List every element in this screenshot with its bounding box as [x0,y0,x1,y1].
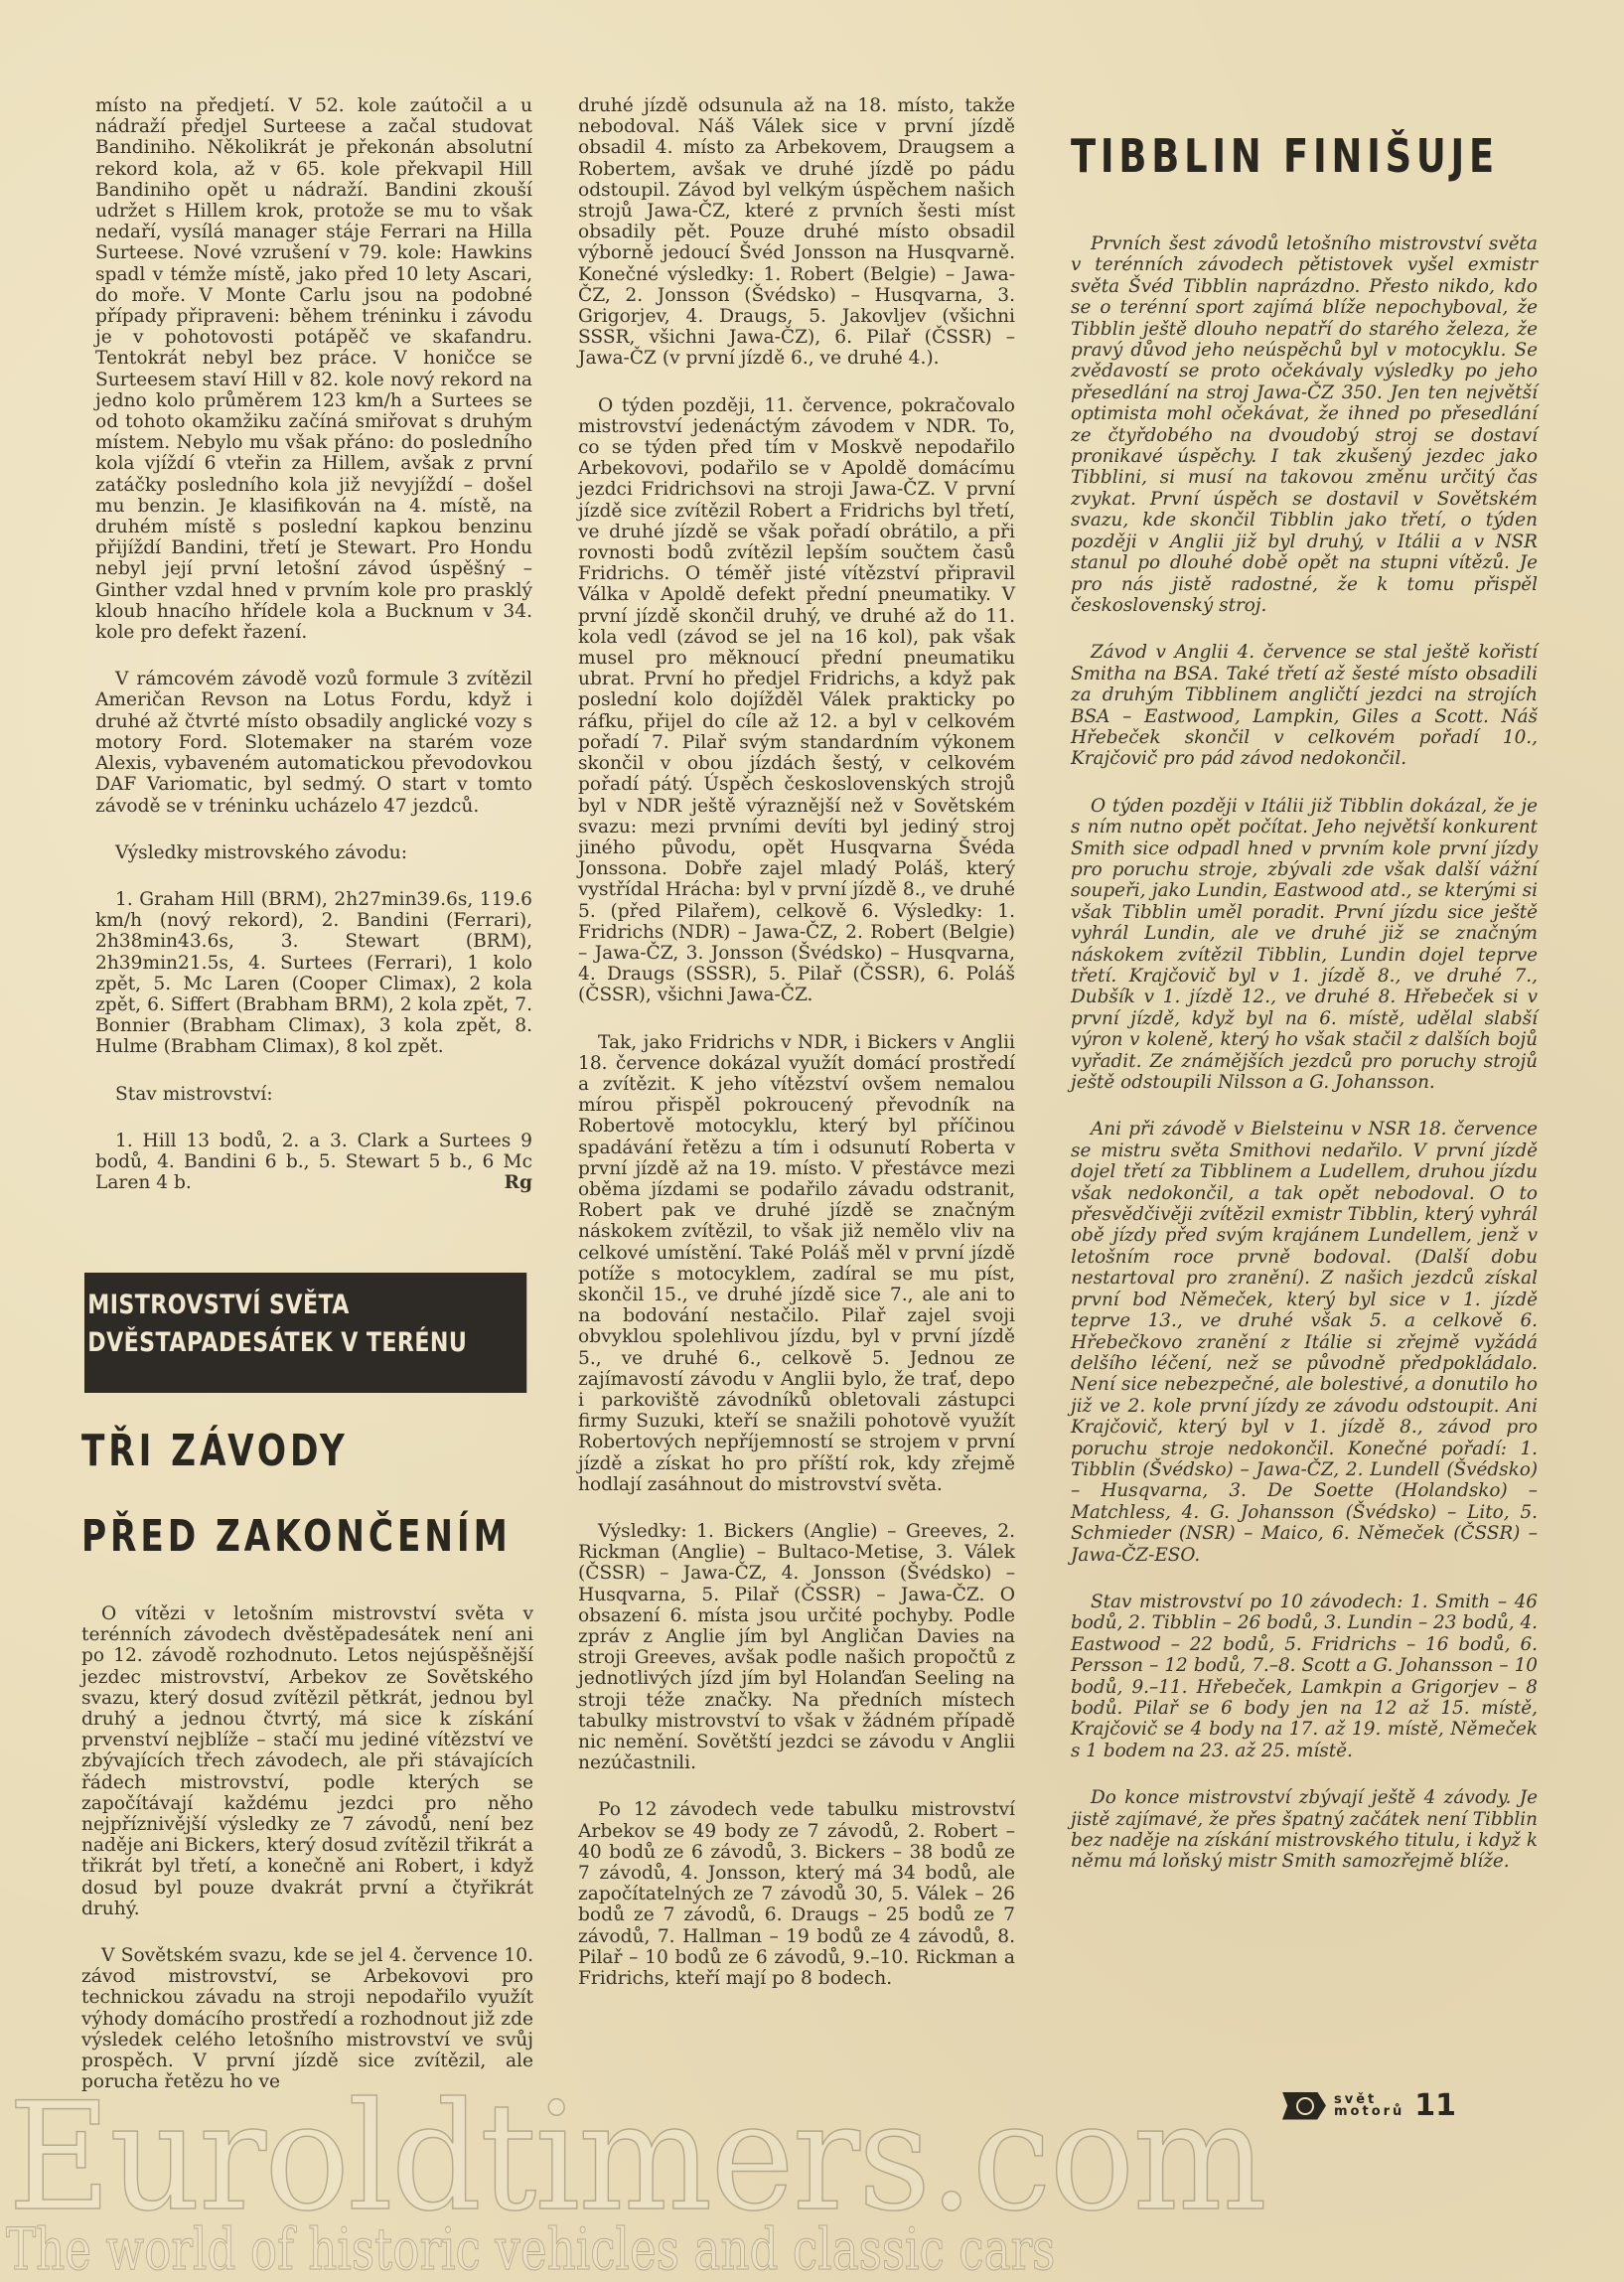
paragraph: V rámcovém závodě vozů formule 3 zvítězi… [95,669,532,816]
page-number: 11 [1414,2088,1456,2123]
magazine-footer: svět motorů 11 [1282,2088,1456,2123]
championship-standings: 1. Hill 13 bodů, 2. a 3. Clark a Surtees… [95,1131,532,1194]
paragraph: Tak, jako Fridrichs v NDR, i Bickers v A… [578,1032,1015,1495]
paragraph: Ani při závodě v Bielsteinu v NSR 18. če… [1071,1119,1538,1566]
standings-text: 1. Hill 13 bodů, 2. a 3. Clark a Surtees… [95,1131,532,1193]
standings-paragraph: Stav mistrovství po 10 závodech: 1. Smit… [1071,1592,1538,1761]
article-right-headline: TIBBLIN FINIŠUJE [1071,129,1499,183]
paragraph: místo na předjetí. V 52. kole zaútočil a… [95,95,532,643]
lead-paragraph: Prvních šest závodů letošního mistrovstv… [1071,233,1538,616]
paragraph: Závod v Anglii 4. července se stal ještě… [1071,642,1538,769]
standings-heading: Stav mistrovství: [95,1084,532,1105]
svet-motoru-logo-icon [1282,2092,1326,2120]
left-column-continuation: místo na předjetí. V 52. kole zaútočil a… [95,95,532,1193]
magazine-name: svět motorů [1334,2094,1404,2118]
paragraph: O vítězi v letošním mistrovství světa v … [81,1603,533,1919]
race-results: 1. Graham Hill (BRM), 2h27min39.6s, 119.… [95,889,532,1058]
rubric-line-1: MISTROVSTVÍ SVĚTA [87,1287,526,1324]
section-rubric: MISTROVSTVÍ SVĚTA DVĚSTAPADESÁTEK V TERÉ… [84,1273,526,1393]
paragraph: Do konce mistrovství zbývají ještě 4 záv… [1071,1787,1538,1873]
article-headline-line-1: TŘI ZÁVODY [81,1426,349,1476]
results-paragraph: Výsledky: 1. Bickers (Anglie) – Greeves,… [578,1521,1015,1773]
rubric-line-2: DVĚSTAPADESÁTEK V TERÉNU [87,1324,526,1362]
middle-column: druhé jízdě odsunula až na 18. místo, ta… [578,95,1015,2015]
article-headline-line-2: PŘED ZAKONČENÍM [81,1511,512,1562]
paragraph: druhé jízdě odsunula až na 18. místo, ta… [578,95,1015,370]
results-heading: Výsledky mistrovského závodu: [95,842,532,863]
article-left-body: O vítězi v letošním mistrovství světa v … [81,1603,533,2118]
author-signature: Rg [485,1172,532,1193]
article-right-body: Prvních šest závodů letošního mistrovstv… [1071,233,1538,1899]
standings-paragraph: Po 12 závodech vede tabulku mistrovství … [578,1799,1015,1989]
logo-line-2: motorů [1334,2106,1404,2118]
watermark-tagline: The world of historic vehicles and class… [6,2215,1055,2282]
paragraph: O týden později v Itálii již Tibblin dok… [1071,796,1538,1094]
paragraph: O týden později, 11. července, pokračova… [578,395,1015,1006]
